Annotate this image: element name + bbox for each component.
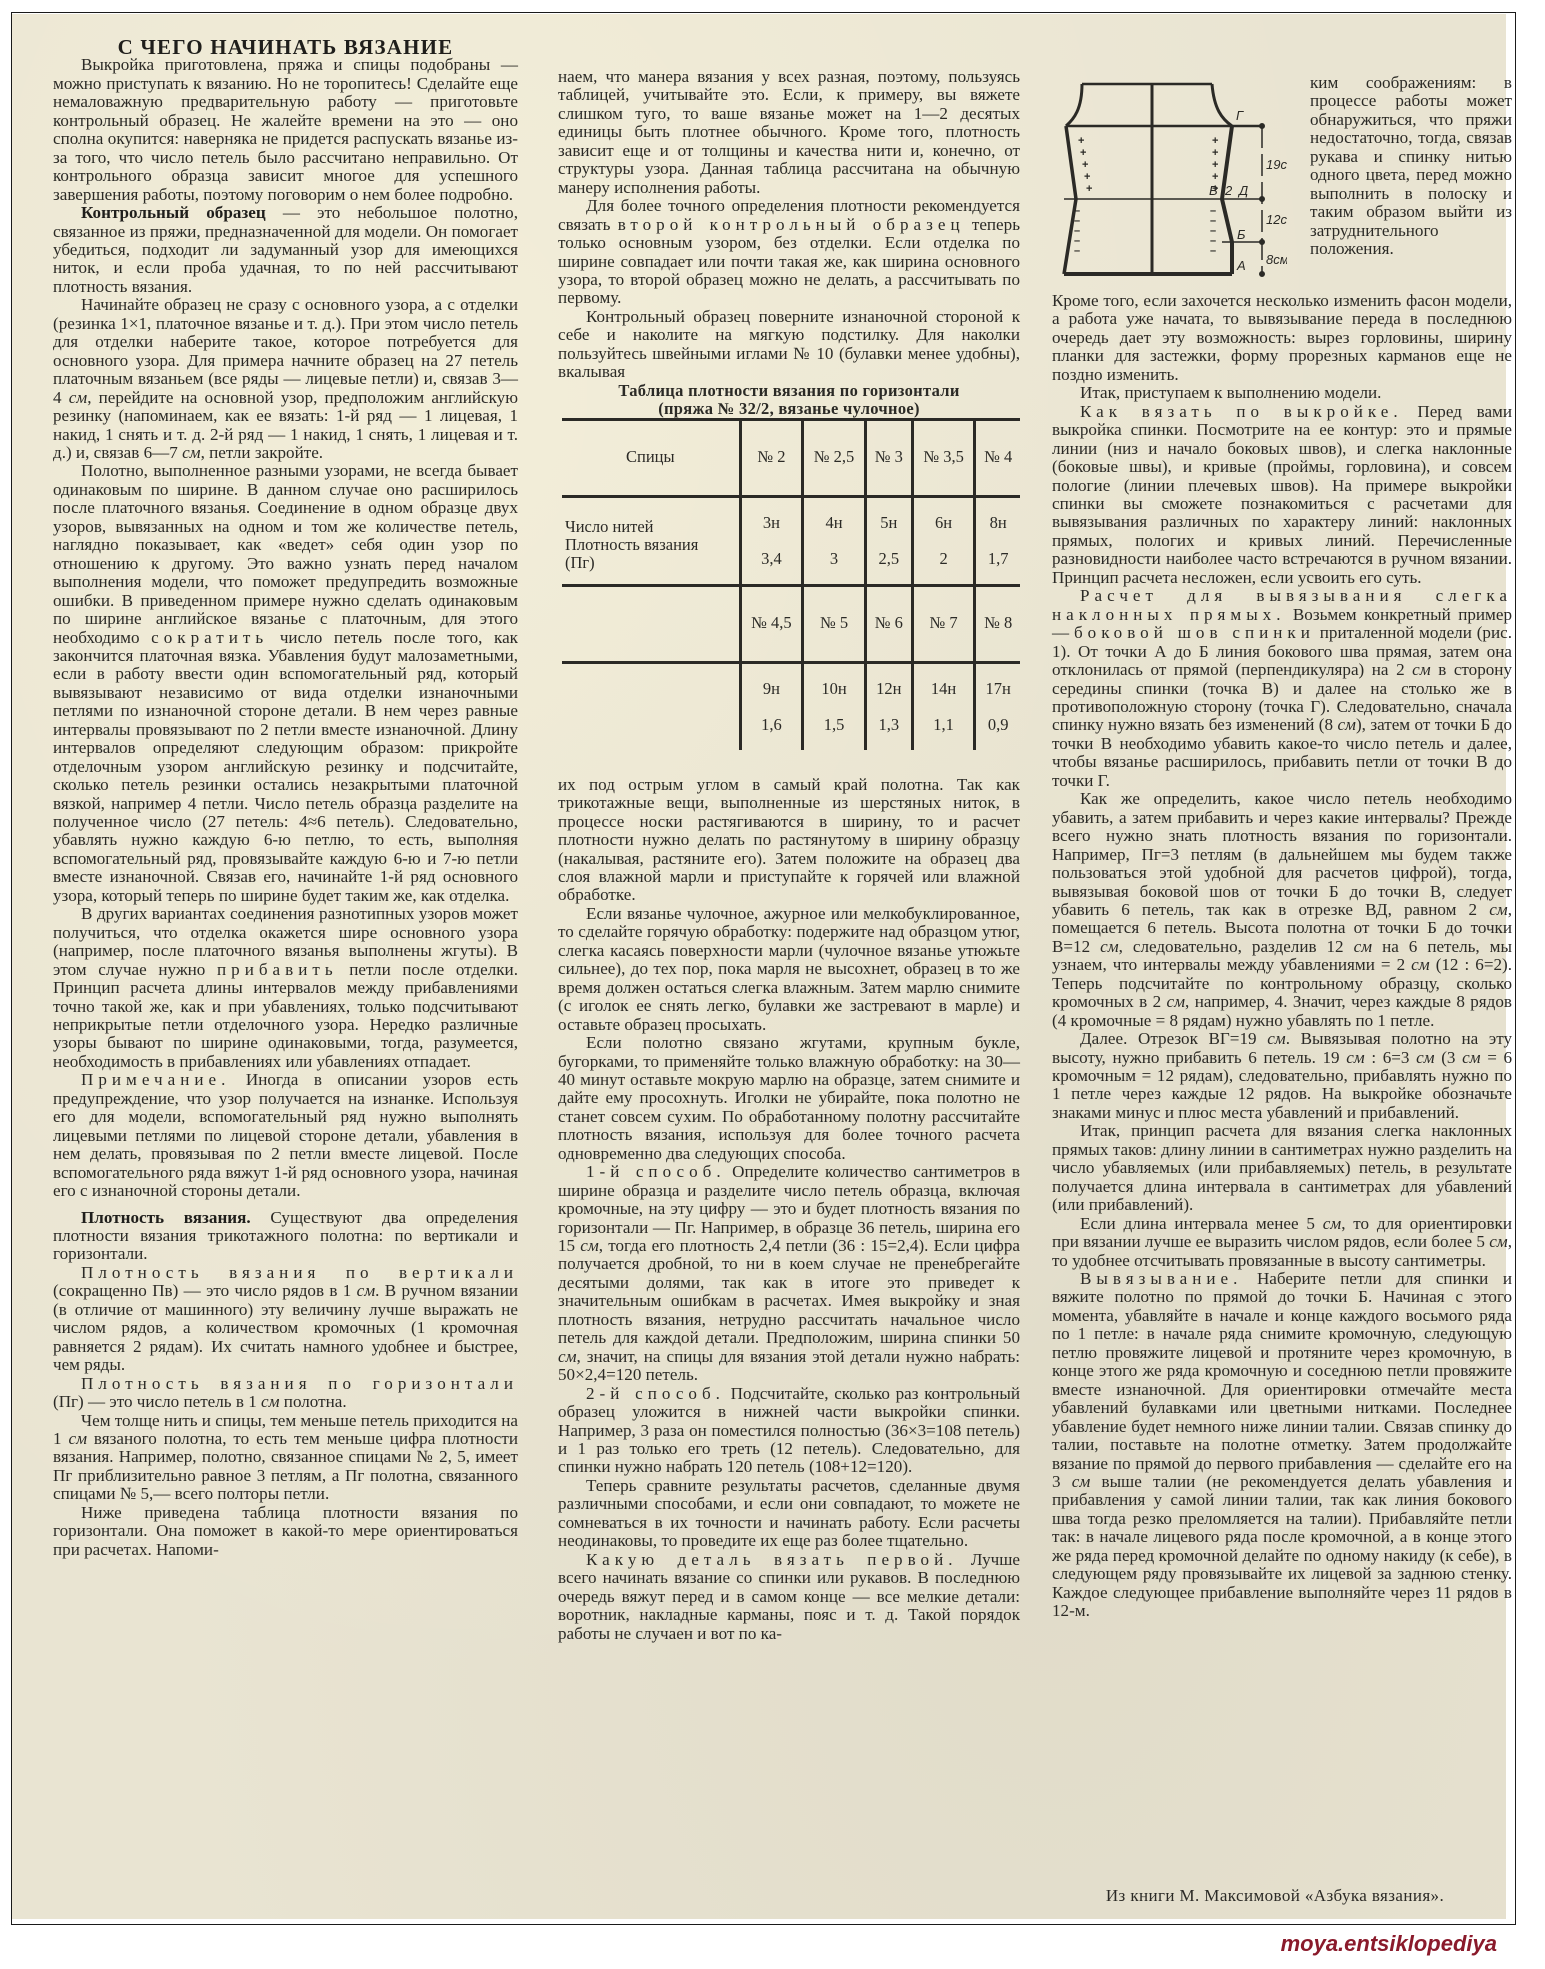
paragraph: В других вариантах соединения разнотипны… xyxy=(53,905,518,1071)
site-watermark: moya.entsiklopediya xyxy=(1281,1931,1497,1957)
note-paragraph: Примечание. Иногда в описании узоров ест… xyxy=(53,1071,518,1200)
back-pattern-diagram: +++++ +++++ ––––– ––––– Г 19см В 2 Д 12с… xyxy=(1062,74,1287,284)
svg-text:–: – xyxy=(1210,245,1216,257)
svg-text:–: – xyxy=(1074,245,1080,257)
point-a-label: А xyxy=(1236,258,1246,273)
paragraph: Контрольный образец поверните изнаночной… xyxy=(558,308,1020,382)
column-2: наем, что манера вязания у всех разная, … xyxy=(558,68,1020,1643)
term-control-sample: Контрольный образец xyxy=(81,203,266,222)
threads-cell: 3н xyxy=(740,496,803,542)
density-cell: 1,1 xyxy=(912,708,975,750)
density-cell: 3 xyxy=(803,542,866,586)
column-1: С ЧЕГО НАЧИНАТЬ ВЯЗАНИЕ Выкройка пригото… xyxy=(53,38,518,1559)
svg-text:+: + xyxy=(1084,171,1090,183)
row-label-needles xyxy=(562,585,740,662)
figure-side-text: ким соображениям: в процессе работы може… xyxy=(1310,74,1512,259)
table-threads-row: Число нитейПлотность вязания(Пг)3н4н5н6н… xyxy=(562,496,1020,542)
measure-19cm: 19см xyxy=(1266,157,1287,172)
newspaper-page: С ЧЕГО НАЧИНАТЬ ВЯЗАНИЕ Выкройка пригото… xyxy=(12,14,1506,1919)
needle-size-cell: № 4,5 xyxy=(740,585,803,662)
needle-size-cell: № 4 xyxy=(975,419,1020,496)
paragraph: Теперь сравните результаты расчетов, сде… xyxy=(558,1477,1020,1551)
paragraph: 1-й способ. Определите количество сантим… xyxy=(558,1163,1020,1384)
needle-size-cell: № 3 xyxy=(865,419,912,496)
paragraph: их под острым углом в самый край полотна… xyxy=(558,776,1020,905)
paragraph: Кроме того, если захочется несколько изм… xyxy=(1052,292,1512,384)
paragraph: Итак, принцип расчета для вязания слегка… xyxy=(1052,1122,1512,1214)
paragraph: Плотность вязания. Существуют два опреде… xyxy=(53,1209,518,1264)
threads-cell: 6н xyxy=(912,496,975,542)
paragraph: Начинайте образец не сразу с основного у… xyxy=(53,296,518,462)
paragraph: Как же определить, какое число петель не… xyxy=(1052,790,1512,1030)
paragraph: Для более точного определения плотности … xyxy=(558,197,1020,308)
paragraph: Вывязывание. Наберите петли для спинки и… xyxy=(1052,1270,1512,1621)
point-g-label: Г xyxy=(1236,108,1244,123)
paragraph: Далее. Отрезок ВГ=19 см. Вывязывая полот… xyxy=(1052,1030,1512,1122)
table-needle-row: № 4,5№ 5№ 6№ 7№ 8 xyxy=(562,585,1020,662)
density-cell: 1,5 xyxy=(803,708,866,750)
needle-size-cell: № 2,5 xyxy=(803,419,866,496)
density-cell: 2,5 xyxy=(865,542,912,586)
paragraph: Если вязанье чулочное, ажурное или мелко… xyxy=(558,905,1020,1034)
measure-8cm: 8см xyxy=(1266,252,1287,267)
svg-text:+: + xyxy=(1212,159,1218,171)
paragraph: Если полотно связано жгутами, крупным бу… xyxy=(558,1034,1020,1163)
svg-text:+: + xyxy=(1212,135,1218,147)
threads-cell: 10н xyxy=(803,662,866,708)
threads-cell: 14н xyxy=(912,662,975,708)
table-threads-row: 9н10н12н14н17н xyxy=(562,662,1020,708)
table-caption: Таблица плотности вязания по горизонтали… xyxy=(558,382,1020,418)
needle-size-cell: № 2 xyxy=(740,419,803,496)
row-label-threads-density xyxy=(562,662,740,750)
paragraph: Расчет для вывязывания слегка наклонных … xyxy=(1052,587,1512,790)
row-label-threads-density: Число нитейПлотность вязания(Пг) xyxy=(562,496,740,585)
knitting-density-table: Спицы№ 2№ 2,5№ 3№ 3,5№ 4Число нитейПлотн… xyxy=(562,418,1020,750)
table-needle-row: Спицы№ 2№ 2,5№ 3№ 3,5№ 4 xyxy=(562,419,1020,496)
paragraph: Плотность вязания по вертикали (сокращен… xyxy=(53,1264,518,1375)
paragraph: Выкройка приготовлена, пряжа и спицы под… xyxy=(53,56,518,204)
svg-text:+: + xyxy=(1212,147,1218,159)
paragraph: Итак, приступаем к выполнению модели. xyxy=(1052,384,1512,402)
paragraph: наем, что манера вязания у всех разная, … xyxy=(558,68,1020,197)
paragraph: 2-й способ. Подсчитайте, сколько раз кон… xyxy=(558,1385,1020,1477)
threads-cell: 5н xyxy=(865,496,912,542)
point-v-label: В xyxy=(1209,183,1218,198)
paragraph: Полотно, выполненное разными узорами, не… xyxy=(53,462,518,905)
row-label-needles: Спицы xyxy=(562,419,740,496)
point-b-label: Б xyxy=(1237,227,1246,242)
threads-cell: 4н xyxy=(803,496,866,542)
density-cell: 0,9 xyxy=(975,708,1020,750)
paragraph: Чем толще нить и спицы, тем меньше петел… xyxy=(53,1412,518,1504)
svg-text:+: + xyxy=(1212,171,1218,183)
svg-text:+: + xyxy=(1078,135,1084,147)
source-attribution: Из книги М. Максимовой «Азбука вязания». xyxy=(1060,1886,1490,1906)
offset-2cm: 2 xyxy=(1224,183,1233,198)
threads-cell: 9н xyxy=(740,662,803,708)
paragraph: Плотность вязания по горизонтали (Пг) — … xyxy=(53,1375,518,1412)
paragraph: Как вязать по выкройке. Перед вами выкро… xyxy=(1052,403,1512,588)
column-3: +++++ +++++ ––––– ––––– Г 19см В 2 Д 12с… xyxy=(1052,74,1512,1621)
article-title: С ЧЕГО НАЧИНАТЬ ВЯЗАНИЕ xyxy=(53,38,518,56)
threads-cell: 17н xyxy=(975,662,1020,708)
density-cell: 1,7 xyxy=(975,542,1020,586)
paragraph: Какую деталь вязать первой. Лучше всего … xyxy=(558,1551,1020,1643)
svg-text:+: + xyxy=(1082,159,1088,171)
figure-block: +++++ +++++ ––––– ––––– Г 19см В 2 Д 12с… xyxy=(1052,74,1512,292)
measure-12cm: 12см xyxy=(1266,212,1287,227)
paragraph: Если длина интервала менее 5 см, то для … xyxy=(1052,1215,1512,1270)
paragraph: Ниже приведена таблица плотности вязания… xyxy=(53,1504,518,1559)
needle-size-cell: № 3,5 xyxy=(912,419,975,496)
needle-size-cell: № 7 xyxy=(912,585,975,662)
threads-cell: 12н xyxy=(865,662,912,708)
point-d-label: Д xyxy=(1237,183,1248,198)
svg-text:+: + xyxy=(1080,147,1086,159)
svg-text:+: + xyxy=(1086,183,1092,195)
density-cell: 1,3 xyxy=(865,708,912,750)
paragraph: Контрольный образец — это небольшое поло… xyxy=(53,204,518,296)
density-cell: 1,6 xyxy=(740,708,803,750)
density-cell: 2 xyxy=(912,542,975,586)
density-cell: 3,4 xyxy=(740,542,803,586)
threads-cell: 8н xyxy=(975,496,1020,542)
needle-size-cell: № 6 xyxy=(865,585,912,662)
needle-size-cell: № 8 xyxy=(975,585,1020,662)
needle-size-cell: № 5 xyxy=(803,585,866,662)
